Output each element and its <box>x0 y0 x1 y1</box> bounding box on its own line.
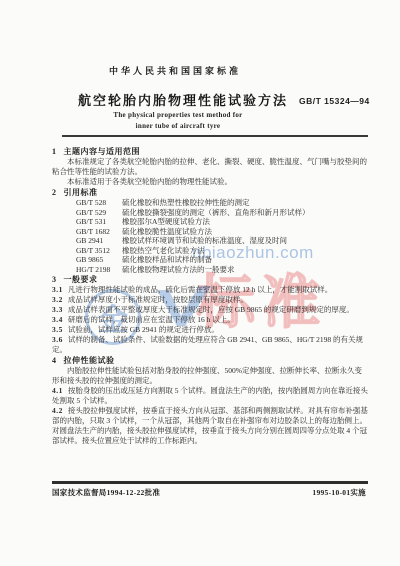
clause-3-5: 3.5试验前，试样应按 GB 2941 的规定进行停放。 <box>52 325 368 335</box>
clause-number: 3.1 <box>52 285 63 294</box>
section-4-title: 拉伸性能试验 <box>64 356 115 365</box>
section-2-title: 引用标准 <box>64 188 98 197</box>
clause-number: 3.6 <box>52 335 63 344</box>
clause-text: 试样的制备、试验条件、试验数据的处理应符合 GB 2941、GB 9865、HG… <box>52 335 363 354</box>
reference-title: 硫化橡胶撕裂强度的测定（裤形、直角形和新月形试样） <box>122 208 310 217</box>
reference-code: GB 9865 <box>76 255 122 265</box>
reference-item: GB/T 531橡胶邵尔A型硬度试验方法 <box>76 217 368 227</box>
clause-text: 成品试样表面不平整或厚度大于标准规定时，应按 GB 9865 的规定研磨到规定的… <box>68 305 354 314</box>
clause-number: 4.2 <box>52 406 63 415</box>
section-1-paragraph: 本标准适用于各类航空轮胎内胎的物理性能试验。 <box>52 177 368 187</box>
clause-4-2: 4.2接头胶拉伸强度试样，按垂直于接头方向从冠部、基部和两侧割取试样。对具有帘布… <box>52 406 368 446</box>
reference-code: HG/T 2198 <box>76 265 122 275</box>
approval-note: 国家技术监督局1994-12-22批准 <box>52 487 160 498</box>
section-1-number: 1 <box>52 147 57 156</box>
reference-code: GB 2941 <box>76 236 122 246</box>
footer-divider <box>52 481 368 484</box>
reference-title: 硫化橡胶和热塑性橡胶拉伸性能的测定 <box>122 198 250 207</box>
reference-item: GB/T 529硫化橡胶撕裂强度的测定（裤形、直角形和新月形试样） <box>76 208 368 218</box>
reference-title: 硫化橡胶物理试验方法的一般要求 <box>122 265 235 274</box>
english-subtitle-line1: The physical properties test method for <box>0 111 356 119</box>
clause-text: 凡进行物理性能试验的成品，硫化后需在室温下停放 12 h 以上，才能割取试样。 <box>68 285 332 294</box>
implementation-date: 1995-10-01实施 <box>312 487 366 498</box>
clause-3-1: 3.1凡进行物理性能试验的成品，硫化后需在室温下停放 12 h 以上，才能割取试… <box>52 285 368 295</box>
document-body: 1主题内容与适用范围 本标准规定了各类航空轮胎内胎的拉伸、老化、撕裂、硬度、脆性… <box>52 146 368 446</box>
reference-code: GB/T 528 <box>76 198 122 208</box>
reference-list: GB/T 528硫化橡胶和热塑性橡胶拉伸性能的测定 GB/T 529硫化橡胶撕裂… <box>76 198 368 274</box>
section-1-paragraph: 本标准规定了各类航空轮胎内胎的拉伸、老化、撕裂、硬度、脆性温度、气门嘴与胶垫间的… <box>52 157 368 177</box>
clause-text: 按胎身胶的压出或压延方向割取 5 个试样。圆盘法生产的内胎，按内胎圆周方向在靠近… <box>52 386 368 405</box>
clause-3-6: 3.6试样的制备、试验条件、试验数据的处理应符合 GB 2941、GB 9865… <box>52 335 368 355</box>
reference-item: GB/T 1682硫化橡胶脆性温度试验方法 <box>76 227 368 237</box>
standard-number: GB/T 15324—94 <box>299 96 370 106</box>
reference-item: GB/T 528硫化橡胶和热塑性橡胶拉伸性能的测定 <box>76 198 368 208</box>
reference-title: 橡胶试样环境调节和试验的标准温度、湿度及时间 <box>122 236 287 245</box>
clause-text: 接头胶拉伸强度试样，按垂直于接头方向从冠部、基部和两侧割取试样。对具有帘布补强基… <box>52 406 368 445</box>
reference-code: GB/T 531 <box>76 217 122 227</box>
section-2-number: 2 <box>52 188 57 197</box>
section-1-heading: 1主题内容与适用范围 <box>52 146 368 157</box>
clause-number: 3.5 <box>52 325 63 334</box>
clause-number: 4.1 <box>52 386 63 395</box>
clause-number: 3.2 <box>52 295 63 304</box>
reference-code: GB/T 529 <box>76 208 122 218</box>
clause-3-3: 3.3成品试样表面不平整或厚度大于标准规定时，应按 GB 9865 的规定研磨到… <box>52 305 368 315</box>
reference-item: GB/T 3512橡胶热空气老化试验方法 <box>76 246 368 256</box>
reference-item: GB 2941橡胶试样环境调节和试验的标准温度、湿度及时间 <box>76 236 368 246</box>
reference-code: GB/T 1682 <box>76 227 122 237</box>
reference-title: 橡胶邵尔A型硬度试验方法 <box>122 217 210 226</box>
clause-4-1: 4.1按胎身胶的压出或压延方向割取 5 个试样。圆盘法生产的内胎，按内胎圆周方向… <box>52 386 368 406</box>
clause-number: 3.3 <box>52 305 63 314</box>
reference-title: 硫化橡胶脆性温度试验方法 <box>122 227 212 236</box>
section-1-title: 主题内容与适用范围 <box>64 147 141 156</box>
section-2-heading: 2引用标准 <box>52 187 368 198</box>
section-4-number: 4 <box>52 356 57 365</box>
clause-3-2: 3.2成品试样厚度小于标准规定时，按胶层原有厚度取样。 <box>52 295 368 305</box>
clause-text: 试验前，试样应按 GB 2941 的规定进行停放。 <box>68 325 219 334</box>
reference-item: GB 9865硫化橡胶样品和试样的制备 <box>76 255 368 265</box>
section-3-title: 一般要求 <box>64 275 98 284</box>
reference-code: GB/T 3512 <box>76 246 122 256</box>
national-standard-label: 中华人民共和国国家标准 <box>0 64 350 77</box>
section-3-heading: 3一般要求 <box>52 274 368 285</box>
reference-title: 橡胶热空气老化试验方法 <box>122 246 205 255</box>
english-subtitle-line2: inner tube of aircraft tyre <box>0 122 356 130</box>
reference-item: HG/T 2198硫化橡胶物理试验方法的一般要求 <box>76 265 368 275</box>
reference-title: 硫化橡胶样品和试样的制备 <box>122 255 212 264</box>
header-divider <box>62 135 368 137</box>
clause-text: 研磨后的试样，裁切前应在室温下停放 16 h 以上。 <box>68 315 235 324</box>
clause-number: 3.4 <box>52 315 63 324</box>
standard-document-page: 中华人民共和国国家标准 航空轮胎内胎物理性能试验方法 GB/T 15324—94… <box>0 0 400 566</box>
clause-text: 成品试样厚度小于标准规定时，按胶层原有厚度取样。 <box>68 295 248 304</box>
section-4-intro: 内胎胶拉伸性能试验包括对胎身胶的拉伸强度、500%定伸强度、拉断伸长率、拉断永久… <box>52 366 368 386</box>
section-4-heading: 4拉伸性能试验 <box>52 355 368 366</box>
section-3-number: 3 <box>52 275 57 284</box>
clause-3-4: 3.4研磨后的试样，裁切前应在室温下停放 16 h 以上。 <box>52 315 368 325</box>
